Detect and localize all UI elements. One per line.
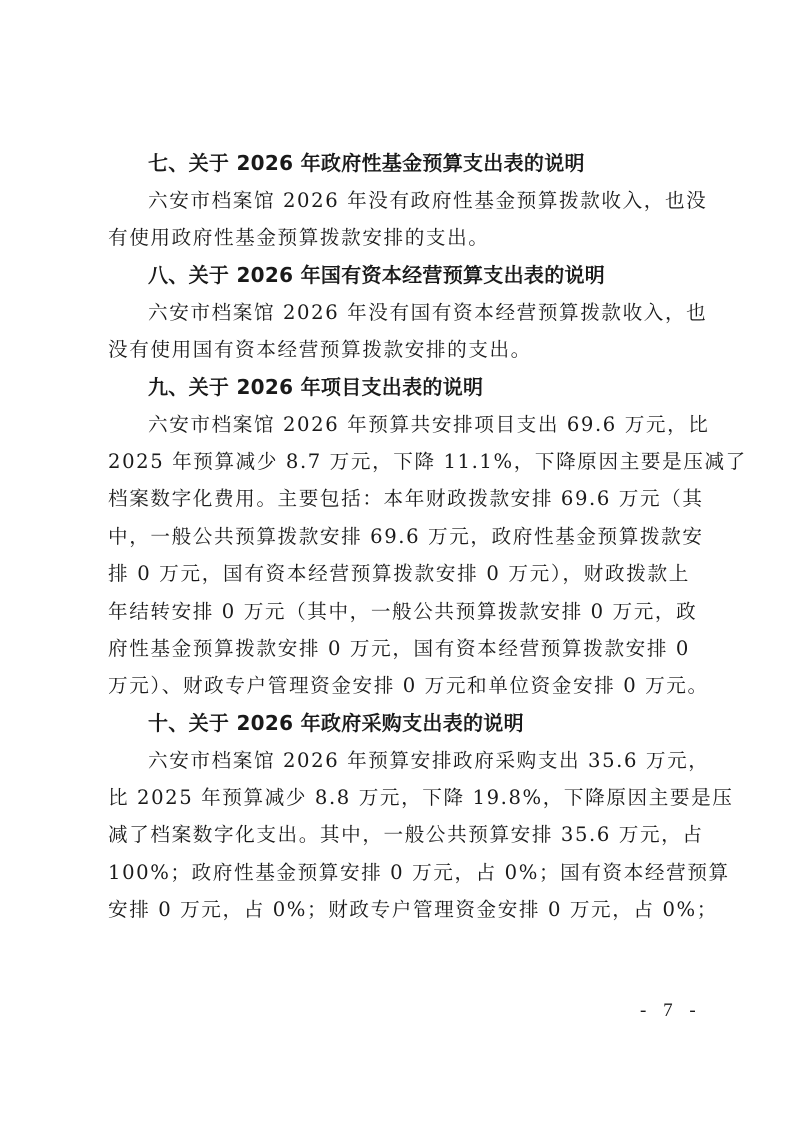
section-heading: 九、关于 2026 年项目支出表的说明 [108,369,690,406]
paragraph-line: 万元）、财政专户管理资金安排 0 万元和单位资金安排 0 万元。 [108,667,690,704]
paragraph-line: 比 2025 年预算减少 8.8 万元，下降 19.8%，下降原因主要是压 [108,779,690,816]
paragraph-line: 有使用政府性基金预算拨款安排的支出。 [108,219,690,256]
section-heading: 十、关于 2026 年政府采购支出表的说明 [108,705,690,742]
paragraph-line: 减了档案数字化支出。其中，一般公共预算安排 35.6 万元，占 [108,816,690,853]
paragraph-line: 没有使用国有资本经营预算拨款安排的支出。 [108,331,690,368]
section-paragraph: 六安市档案馆 2026 年预算安排政府采购支出 35.6 万元， 比 2025 … [108,742,690,929]
section-heading: 七、关于 2026 年政府性基金预算支出表的说明 [108,145,690,182]
document-body: 七、关于 2026 年政府性基金预算支出表的说明 六安市档案馆 2026 年没有… [108,145,690,929]
page-number: - 7 - [640,1000,702,1022]
section-project-expenditure: 九、关于 2026 年项目支出表的说明 六安市档案馆 2026 年预算共安排项目… [108,369,690,705]
paragraph-line: 府性基金预算拨款安排 0 万元，国有资本经营预算拨款安排 0 [108,630,690,667]
paragraph-line: 排 0 万元，国有资本经营预算拨款安排 0 万元），财政拨款上 [108,555,690,592]
section-government-fund-expenditure: 七、关于 2026 年政府性基金预算支出表的说明 六安市档案馆 2026 年没有… [108,145,690,257]
section-paragraph: 六安市档案馆 2026 年预算共安排项目支出 69.6 万元，比 2025 年预… [108,406,690,705]
paragraph-line: 六安市档案馆 2026 年没有政府性基金预算拨款收入，也没 [108,182,690,219]
section-government-procurement-expenditure: 十、关于 2026 年政府采购支出表的说明 六安市档案馆 2026 年预算安排政… [108,705,690,929]
section-heading: 八、关于 2026 年国有资本经营预算支出表的说明 [108,257,690,294]
paragraph-line: 100%；政府性基金预算安排 0 万元，占 0%；国有资本经营预算 [108,854,690,891]
paragraph-line: 六安市档案馆 2026 年预算共安排项目支出 69.6 万元，比 [108,406,690,443]
paragraph-line: 安排 0 万元，占 0%；财政专户管理资金安排 0 万元，占 0%； [108,891,690,928]
section-paragraph: 六安市档案馆 2026 年没有政府性基金预算拨款收入，也没 有使用政府性基金预算… [108,182,690,257]
section-paragraph: 六安市档案馆 2026 年没有国有资本经营预算拨款收入，也 没有使用国有资本经营… [108,294,690,369]
paragraph-line: 六安市档案馆 2026 年预算安排政府采购支出 35.6 万元， [108,742,690,779]
paragraph-line: 2025 年预算减少 8.7 万元，下降 11.1%，下降原因主要是压减了 [108,443,690,480]
paragraph-line: 中，一般公共预算拨款安排 69.6 万元，政府性基金预算拨款安 [108,518,690,555]
paragraph-line: 六安市档案馆 2026 年没有国有资本经营预算拨款收入，也 [108,294,690,331]
paragraph-line: 档案数字化费用。主要包括：本年财政拨款安排 69.6 万元（其 [108,480,690,517]
section-state-capital-expenditure: 八、关于 2026 年国有资本经营预算支出表的说明 六安市档案馆 2026 年没… [108,257,690,369]
paragraph-line: 年结转安排 0 万元（其中，一般公共预算拨款安排 0 万元，政 [108,593,690,630]
